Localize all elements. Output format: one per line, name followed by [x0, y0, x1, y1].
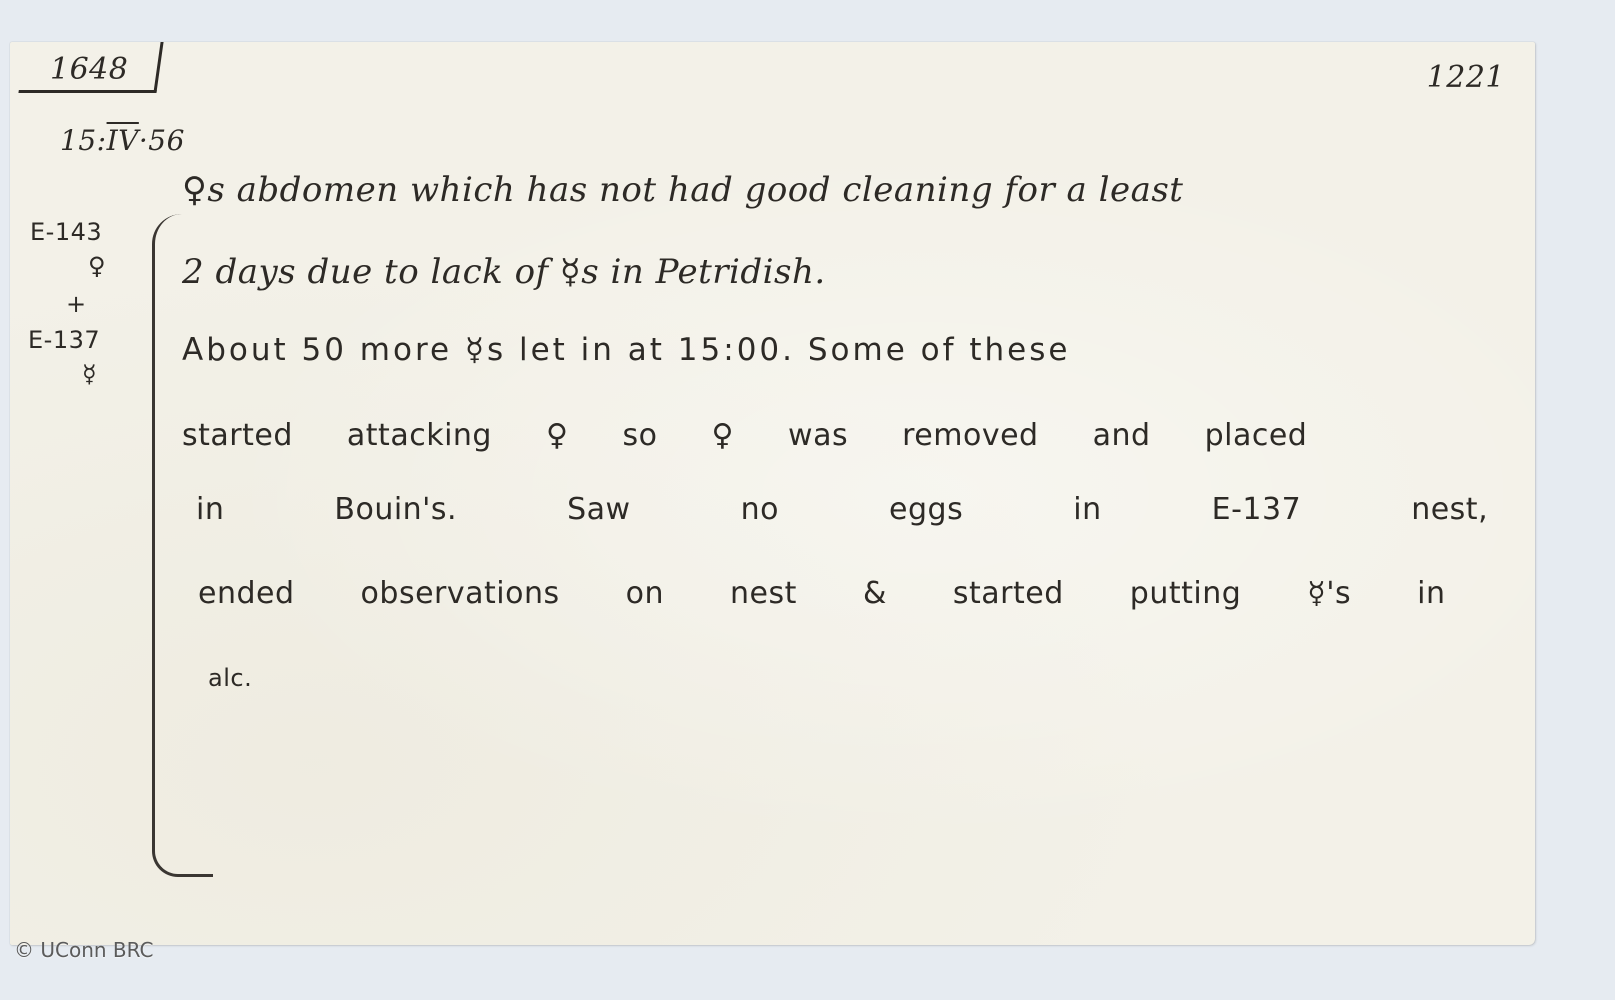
worker-symbol-icon: ☿: [82, 360, 97, 388]
margin-note-colony-2: E-137: [28, 326, 100, 354]
date-day: 15:: [60, 124, 107, 157]
body-line: in Bouin's. Saw no eggs in E-137 nest,: [196, 492, 1488, 527]
date-month: IV: [107, 124, 139, 157]
body-line: started attacking ♀ so ♀ was removed and…: [182, 418, 1307, 453]
entry-date: 15:IV·56: [60, 124, 185, 157]
margin-note-colony-1: E-143: [30, 218, 102, 246]
copyright-credit: © UConn BRC: [14, 938, 154, 962]
body-line: 2 days due to lack of ☿s in Petridish.: [182, 252, 826, 292]
margin-plus: +: [66, 290, 87, 318]
body-line: ended observations on nest & started put…: [198, 576, 1445, 611]
date-separator: ·: [139, 124, 148, 157]
archival-note-card: 1648 1221 15:IV·56 E-143 ♀ + E-137 ☿ ♀s …: [10, 42, 1535, 945]
bracket-line: [152, 214, 213, 877]
date-year: 56: [148, 124, 185, 157]
female-symbol-icon: ♀: [88, 252, 106, 280]
body-line: ♀s abdomen which has not had good cleani…: [182, 170, 1183, 210]
card-number: 1648: [50, 52, 128, 87]
body-line: About 50 more ☿s let in at 15:00. Some o…: [182, 332, 1070, 368]
page-number: 1221: [1427, 60, 1505, 95]
body-line: alc.: [208, 664, 252, 692]
